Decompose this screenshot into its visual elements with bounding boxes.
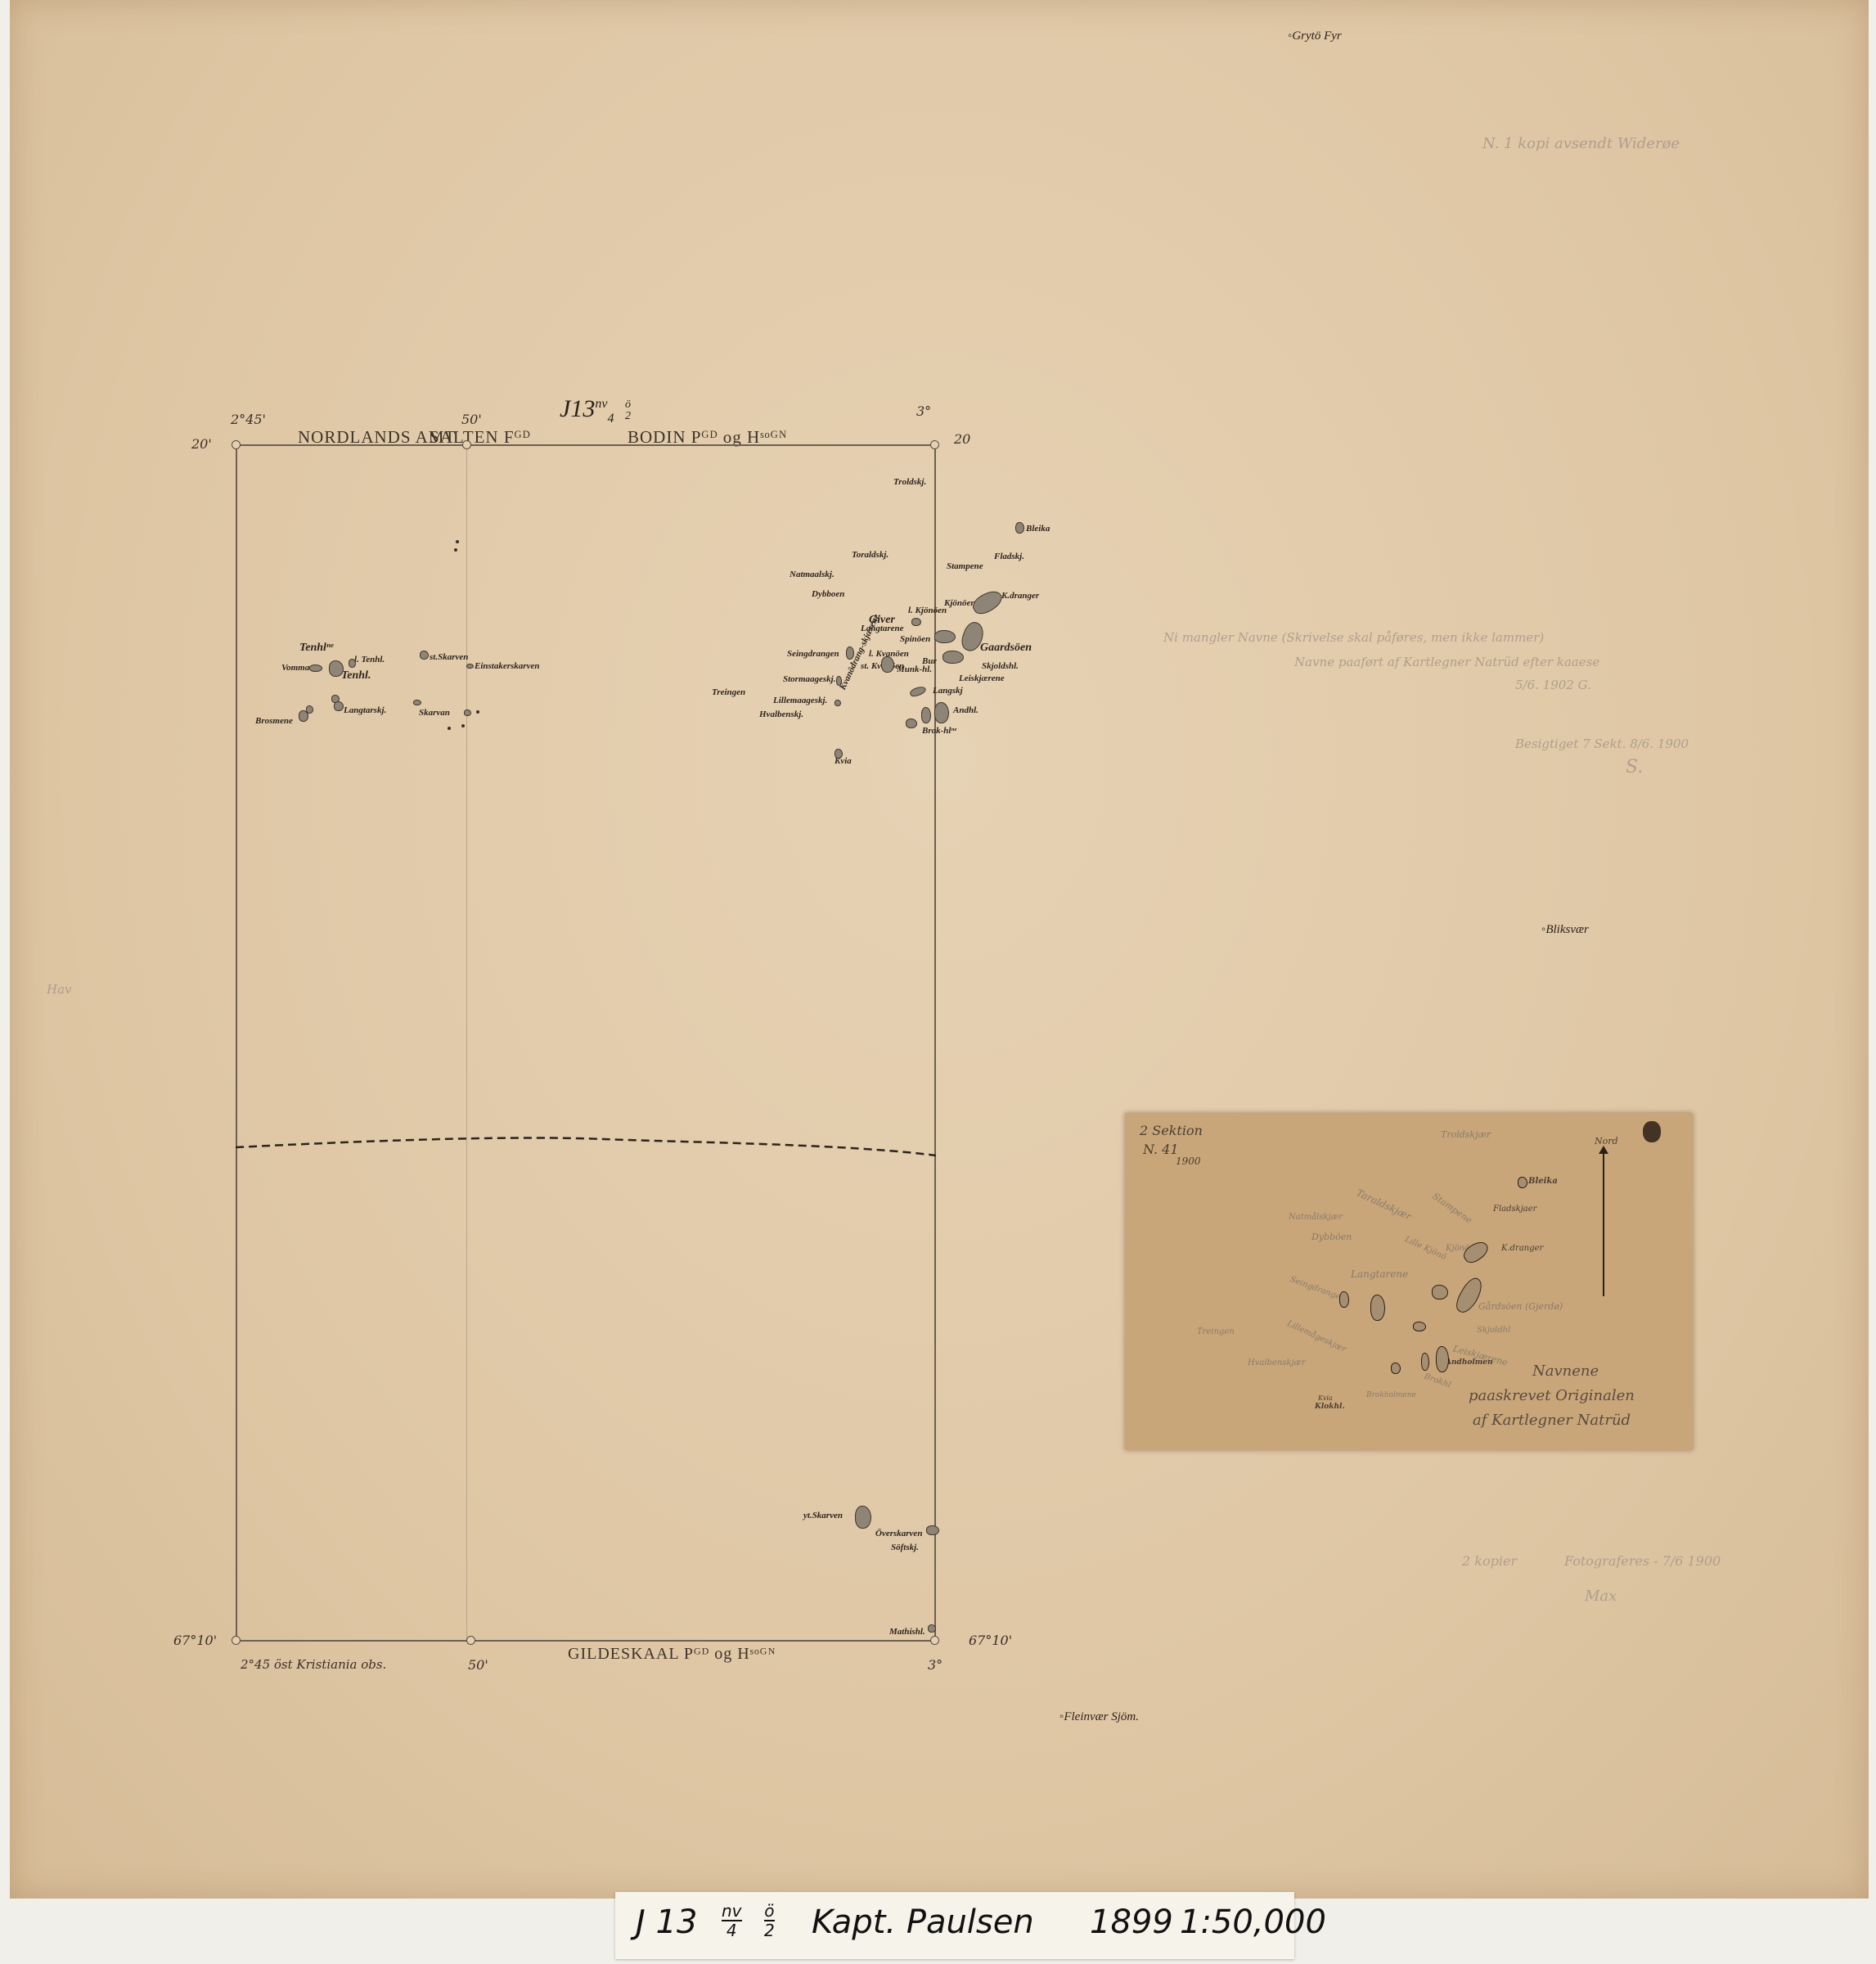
inset-place-treingen: Treingen	[1197, 1327, 1235, 1336]
inset-place-hvalbenskjaer: Hvalbenskjær	[1248, 1358, 1306, 1367]
inset-place-skjoldhl: Skjoldhl	[1477, 1326, 1510, 1335]
rock	[456, 540, 459, 543]
place-mathishl: Mathishl.	[889, 1627, 925, 1637]
place-einstakerskarven: Einstakerskarven	[475, 661, 539, 671]
island	[911, 618, 921, 626]
map-sheet: J13nv4 ö 2 2°45' 50' 3° 20' 20 NORDLANDS…	[10, 0, 1869, 1899]
inset-place-kdranger: K.dranger	[1501, 1244, 1543, 1253]
corner-marker	[232, 440, 241, 449]
island-andhl	[934, 702, 949, 723]
place-l-kjonoen: l. Kjönöen	[908, 606, 947, 615]
place-leiskjaerene: Leiskjærene	[959, 673, 1005, 683]
sheet-id-frac-bottom: 2	[625, 410, 631, 422]
rock	[476, 710, 479, 714]
inset-note-line2: paaskrevet Originalen	[1469, 1387, 1635, 1404]
inset-place-dybboen: Dybböen	[1311, 1232, 1352, 1242]
place-seingdrangen: Seingdrangen	[787, 649, 839, 659]
coord-top-right-lon: 3°	[916, 403, 931, 419]
sheet-id-sub: 4	[607, 412, 614, 426]
inset-place-gardsoen: Gårdsöen (Gjerdø)	[1478, 1301, 1563, 1312]
place-treingen: Treingen	[712, 687, 745, 697]
place-kjonoen: Kjönöen	[944, 598, 976, 608]
meridian-50	[466, 444, 467, 1640]
sheet-id: J13nv4 ö 2	[560, 395, 631, 426]
pencil-note-line1: Ni mangler Navne (Skrivelse skal påføres…	[1163, 630, 1544, 645]
inset-island	[1413, 1322, 1426, 1331]
inset-place-lille-kjonoen: Lille Kjönö	[1403, 1235, 1447, 1262]
island	[835, 700, 841, 706]
inset-island-bleika	[1518, 1177, 1527, 1188]
island-seingdrangen	[846, 646, 854, 660]
sheet-id-frac-top: ö	[625, 399, 631, 411]
pencil-note-line2: Navne paaført af Kartlegner Natrüd efter…	[1294, 655, 1599, 669]
inset-place-natmalskjaer: Natmålskjær	[1289, 1213, 1343, 1222]
inset-sketch-map: 2 Sektion N. 41 1900 Nord Troldskjær Tar…	[1125, 1113, 1693, 1450]
place-vomma: Vomma	[281, 663, 309, 673]
place-bliksvaer: ◦Bliksvær	[1541, 923, 1589, 937]
corner-marker	[466, 1636, 475, 1645]
coord-bottom-mid-lon: 50'	[468, 1657, 488, 1673]
inset-place-bleika: Bleika	[1528, 1177, 1558, 1186]
island	[926, 1525, 939, 1535]
island	[334, 701, 344, 711]
place-langtarskj: Langtarskj.	[344, 705, 386, 715]
inset-place-andholmen: Andholmen	[1446, 1358, 1493, 1367]
inset-place-brokholmene: Brokholmene	[1366, 1391, 1416, 1399]
place-natmaalskj: Natmaalskj.	[790, 570, 835, 579]
coord-bottom-right-lon: 3°	[928, 1657, 942, 1673]
place-fladskj: Fladskj.	[994, 552, 1024, 561]
label-frac2-bottom: 2	[764, 1921, 775, 1939]
island	[306, 705, 313, 714]
coord-top-mid-lon: 50'	[461, 412, 482, 427]
inset-island	[1436, 1346, 1449, 1372]
fleinvaer-label: Fleinvær Sjöm.	[1064, 1710, 1139, 1723]
place-skjoldshl: Skjoldshl.	[982, 661, 1019, 671]
pencil-note-line4: Besigtiget 7 Sekt. 8/6. 1900	[1515, 736, 1689, 751]
place-brokhlne: Brok-hlⁿᵉ	[922, 726, 956, 736]
label-frac1-bottom: 4	[722, 1921, 742, 1939]
inset-place-klokhl: Klokhl.	[1315, 1403, 1345, 1411]
inset-island	[1460, 1238, 1491, 1267]
coord-top-left-lon: 2°45'	[231, 412, 266, 427]
place-stormaageskj: Stormaageskj.	[783, 674, 835, 684]
north-arrow-head-icon	[1599, 1146, 1608, 1154]
frame-top	[235, 444, 935, 446]
island	[836, 676, 842, 686]
north-arrow-icon	[1603, 1149, 1604, 1296]
place-skarvan: Skarvan	[419, 708, 450, 718]
pencil-note-top-right: N. 1 kopi avsendt Widerøe	[1482, 135, 1680, 152]
label-year: 1899	[1090, 1903, 1173, 1941]
inset-note-line3: af Kartlegner Natrüd	[1473, 1412, 1631, 1429]
label-scale: 1:50,000	[1180, 1903, 1326, 1941]
pencil-note-lower1: 2 kopier	[1462, 1553, 1517, 1569]
pencil-note-signature: S.	[1626, 757, 1643, 777]
place-hvalbenskj: Hvalbenskj.	[759, 709, 803, 719]
inset-island	[1421, 1353, 1429, 1371]
place-langskj: Langskj	[933, 686, 963, 696]
place-stampene: Stampene	[947, 561, 983, 571]
coord-bottom-left-lat: 67°10'	[173, 1633, 217, 1648]
inset-place-seingdrangen: Seingdrangen	[1289, 1275, 1347, 1304]
island-st-kvanoen	[881, 656, 894, 673]
inset-place-brokhl: Brokhl	[1423, 1372, 1452, 1390]
place-fleinvaer-sjom: ◦Fleinvær Sjöm.	[1059, 1710, 1139, 1724]
inset-island	[1391, 1363, 1401, 1374]
coord-top-right-lat: 20	[954, 431, 970, 447]
footer-parish: GILDESKAAL Pᴳᴰ og Hˢᵒᴳᴺ	[568, 1645, 776, 1664]
ink-stain	[1643, 1121, 1661, 1142]
island	[420, 651, 429, 660]
island-langskj	[909, 685, 927, 698]
place-softskj: Söftskj.	[891, 1543, 919, 1552]
corner-marker	[930, 1636, 939, 1645]
inset-note-line1: Navnene	[1532, 1363, 1599, 1380]
corner-marker	[232, 1636, 241, 1645]
inset-island	[1432, 1285, 1448, 1300]
corner-marker	[462, 440, 471, 449]
coord-top-left-lat: 20'	[191, 436, 212, 452]
place-kdranger: K.dranger	[1001, 591, 1039, 601]
place-yt-skarven: yt.Skarven	[803, 1511, 843, 1520]
coord-bottom-right-lat: 67°10'	[969, 1633, 1012, 1648]
sheet-id-main: J13	[560, 395, 595, 422]
inset-place-troldskjer: Troldskjær	[1441, 1129, 1491, 1140]
place-brosmene: Brosmene	[255, 716, 293, 726]
pencil-note-left-margin: Hav	[47, 982, 72, 997]
inset-place-fladskjaer: Fladskjaer	[1493, 1205, 1536, 1214]
island	[349, 659, 356, 668]
island	[934, 630, 956, 643]
bliksvaer-label: Bliksvær	[1545, 923, 1589, 936]
rock	[461, 724, 465, 727]
frame-left	[236, 444, 237, 1640]
island-bleika	[1015, 522, 1024, 534]
gryto-fyr-label: Grytö Fyr	[1292, 29, 1341, 43]
inset-island	[1370, 1295, 1385, 1321]
pencil-note-line3: 5/6. 1902 G.	[1515, 678, 1591, 692]
corner-marker	[930, 440, 939, 449]
island	[921, 707, 931, 723]
island	[942, 651, 964, 664]
label-frac2: ö 2	[764, 1902, 775, 1939]
inset-island	[1339, 1291, 1349, 1308]
label-sheet: J 13	[636, 1903, 697, 1941]
island	[906, 718, 917, 728]
island-tenholmen	[329, 660, 344, 677]
meridian-note: 2°45 öst Kristiania obs.	[241, 1657, 386, 1672]
island	[464, 709, 471, 716]
place-munkhl: Munk-hl.	[897, 664, 932, 674]
rock	[454, 548, 457, 552]
label-frac1-top: nv	[722, 1902, 742, 1921]
place-overskarven: Överskarven	[875, 1529, 922, 1538]
inset-number: N. 41	[1143, 1142, 1179, 1157]
island	[466, 664, 474, 669]
pencil-note-lower-sig: Max	[1585, 1588, 1617, 1605]
place-bleika: Bleika	[1026, 524, 1050, 534]
island	[309, 664, 322, 672]
island-mathishl	[928, 1624, 936, 1633]
island-kvia	[835, 749, 843, 759]
inset-place-stampene: Stampene	[1430, 1191, 1473, 1226]
frame-bottom	[235, 1640, 935, 1642]
pencil-note-lower2: Fotograferes - 7/6 1900	[1564, 1553, 1721, 1569]
parish-boundary-dashed	[236, 1129, 936, 1162]
label-frac1: nv 4	[722, 1902, 742, 1939]
place-tenhl-main: Tenhl.	[341, 669, 371, 682]
place-l-tenhl: l. Tenhl.	[354, 655, 385, 664]
catalog-label-strip: J 13 nv 4 ö 2 Kapt. Paulsen 1899 1:50,00…	[615, 1892, 1294, 1959]
place-gaardsoen: Gaardsöen	[980, 642, 1032, 655]
place-troldskj: Troldskj.	[893, 477, 926, 487]
label-author: Kapt. Paulsen	[812, 1903, 1034, 1941]
island	[413, 700, 421, 705]
place-dybboen: Dybboen	[812, 589, 844, 599]
place-gryto-fyr: ◦Grytö Fyr	[1288, 29, 1342, 43]
rock	[448, 727, 451, 730]
island-kjonoen	[969, 587, 1005, 618]
island-yt-skarven	[855, 1506, 871, 1529]
inset-section: 2 Sektion	[1140, 1123, 1203, 1138]
place-lillemaageskj: Lillemaageskj.	[773, 696, 827, 705]
sheet-id-sup: nv	[595, 397, 607, 411]
inset-place-taraldskjer: Taraldskjær	[1354, 1187, 1413, 1222]
place-andhl: Andhl.	[953, 705, 978, 715]
inset-place-langtarene: Langtarene	[1351, 1268, 1408, 1280]
frame-right	[934, 444, 936, 1640]
place-toraldskj: Toraldskj.	[852, 550, 889, 560]
inset-place-kvia: Kvia	[1318, 1394, 1333, 1402]
inset-year: 1900	[1176, 1155, 1201, 1167]
inset-place-lillemaageskjaer: Lillemågeskjær	[1285, 1319, 1347, 1354]
place-st-skarven: st.Skarven	[430, 652, 468, 662]
place-spinoen: Spinöen	[900, 634, 930, 644]
place-tenhl: Tenhlⁿᵉ	[299, 642, 334, 655]
label-frac2-top: ö	[764, 1902, 775, 1921]
